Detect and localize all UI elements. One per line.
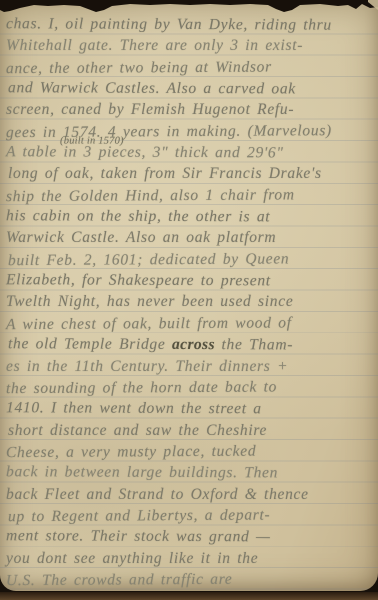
handwriting-line: Twelth Night, has never been used since xyxy=(6,293,378,314)
journal-page: chas. I, oil painting by Van Dyke, ridin… xyxy=(0,3,378,591)
handwriting-line: Warwick Castle. Also an oak platform xyxy=(6,229,378,250)
handwriting-line: es in the 11th Century. Their dinners + xyxy=(6,358,378,379)
handwriting-line: Elizabeth, for Shakespeare to present xyxy=(6,271,378,294)
page-lines: chas. I, oil painting by Van Dyke, ridin… xyxy=(6,16,378,592)
torn-paper-edge xyxy=(0,0,378,16)
handwriting-line: his cabin on the ship, the other is at xyxy=(6,207,378,230)
handwriting-line: A table in 3 pieces, 3" thick and 29'6"(… xyxy=(6,143,378,166)
handwriting-line: U.S. The crowds and traffic are xyxy=(6,570,378,594)
handwriting-line: ance, the other two being at Windsor xyxy=(6,58,378,82)
handwriting-line: chas. I, oil painting by Van Dyke, ridin… xyxy=(6,15,378,38)
handwriting-line: short distance and saw the Cheshire xyxy=(6,422,378,443)
handwriting-line: up to Regent and Libertys, a depart- xyxy=(6,506,378,530)
handwriting-line: built Feb. 2, 1601; dedicated by Queen xyxy=(6,250,378,274)
handwriting-line: the sounding of the horn date back to xyxy=(6,378,378,402)
handwriting-line: Cheese, a very musty place, tucked xyxy=(6,442,378,466)
journal-photo: chas. I, oil painting by Van Dyke, ridin… xyxy=(0,0,378,600)
handwriting-line: Whitehall gate. There are only 3 in exis… xyxy=(6,37,378,58)
handwriting-line: long of oak, taken from Sir Francis Drak… xyxy=(6,165,378,186)
interlinear-insertion: (built in 1570) xyxy=(60,135,124,146)
handwriting-line: A wine chest of oak, built from wood of xyxy=(6,314,378,338)
overwritten-word: across xyxy=(172,336,215,353)
handwriting-line: ship the Golden Hind, also 1 chair from xyxy=(6,186,378,210)
handwriting-line: back in between large buildings. Then xyxy=(6,463,378,486)
handwriting-line: the old Temple Bridge across the Tham- xyxy=(6,335,378,358)
handwriting-line: screen, caned by Flemish Hugenot Refu- xyxy=(6,101,378,122)
handwriting-line: and Warwick Castles. Also a carved oak xyxy=(6,79,378,102)
handwriting-line: ment store. Their stock was grand — xyxy=(6,527,378,550)
handwriting-line: 1410. I then went down the street a xyxy=(6,399,378,422)
desk-surface xyxy=(0,592,378,600)
handwriting-line: back Fleet and Strand to Oxford & thence xyxy=(6,486,378,507)
handwriting-line: you dont see anything like it in the xyxy=(6,550,378,571)
